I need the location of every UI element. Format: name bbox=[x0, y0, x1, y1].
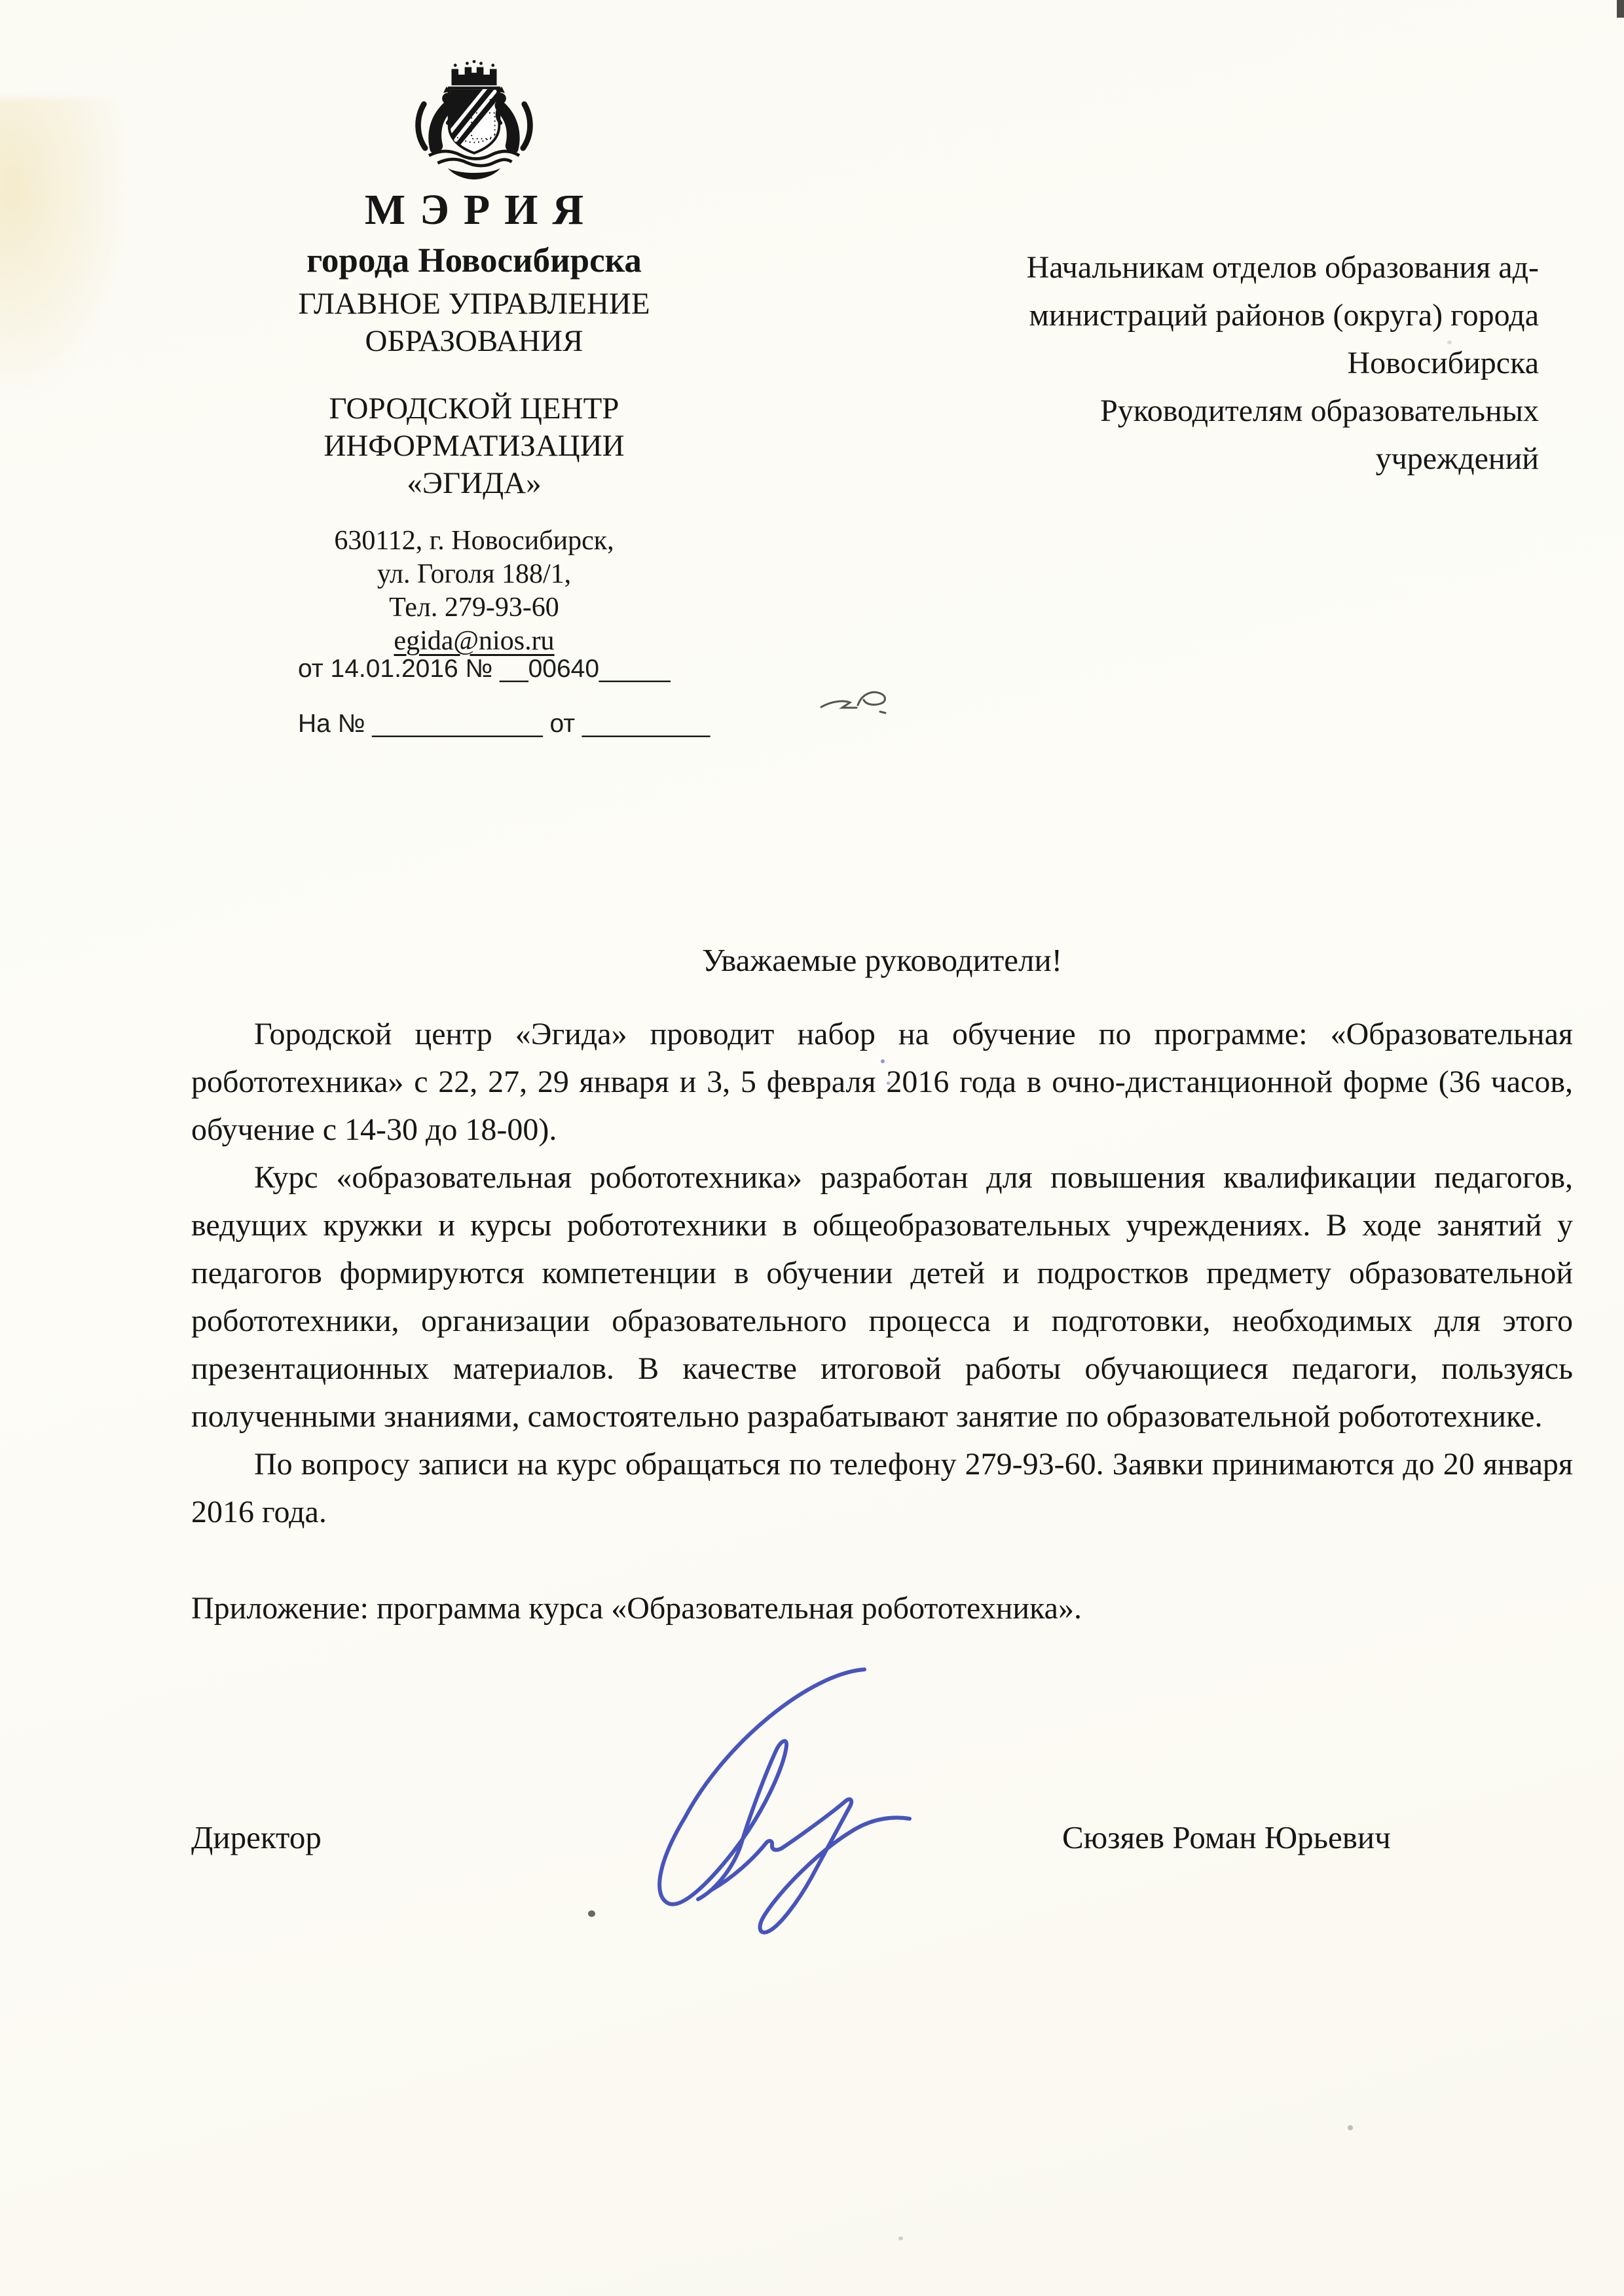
org-center-line3: «ЭГИДА» bbox=[254, 465, 694, 502]
scan-smudge-artifact bbox=[0, 98, 131, 399]
signer-name: Сюзяев Роман Юрьевич bbox=[1062, 1819, 1391, 1856]
scanned-letter-page: МЭРИЯ города Новосибирска ГЛАВНОЕ УПРАВЛ… bbox=[0, 0, 1624, 2296]
recipient-block: Начальникам отделов образования ад- мини… bbox=[884, 244, 1539, 483]
org-address: 630112, г. Новосибирск, ул. Гоголя 188/1… bbox=[254, 524, 694, 658]
recipient-line: Руководителям образовательных bbox=[884, 387, 1539, 435]
org-department-line2: ОБРАЗОВАНИЯ bbox=[254, 323, 694, 360]
signer-title: Директор bbox=[191, 1819, 322, 1856]
recipient-line: министраций районов (округа) города bbox=[884, 291, 1539, 339]
letterhead: МЭРИЯ города Новосибирска ГЛАВНОЕ УПРАВЛ… bbox=[254, 60, 694, 658]
org-center-line1: ГОРОДСКОЙ ЦЕНТР bbox=[254, 390, 694, 428]
paragraph-course-description: Курс «образовательная робототехника» раз… bbox=[191, 1154, 1573, 1440]
salutation: Уважаемые руководители! bbox=[191, 941, 1573, 979]
ink-speck bbox=[887, 1082, 890, 1085]
outgoing-ref-line: от 14.01.2016 № __00640_____ bbox=[298, 655, 671, 683]
attachment-note: Приложение: программа курса «Образовател… bbox=[191, 1584, 1573, 1632]
recipient-line: Новосибирска bbox=[884, 339, 1539, 387]
org-address-line2: ул. Гоголя 188/1, bbox=[254, 558, 694, 591]
org-name-meria: МЭРИЯ bbox=[254, 187, 694, 233]
paragraph-contact-info: По вопросу записи на курс обращаться по … bbox=[191, 1440, 1573, 1536]
org-department: ГЛАВНОЕ УПРАВЛЕНИЕ ОБРАЗОВАНИЯ bbox=[254, 285, 694, 360]
scan-corner-artifact bbox=[1617, 0, 1624, 18]
recipient-line: учреждений bbox=[884, 435, 1539, 483]
org-address-line3: Тел. 279-93-60 bbox=[254, 591, 694, 625]
org-center-name: ГОРОДСКОЙ ЦЕНТР ИНФОРМАТИЗАЦИИ «ЭГИДА» bbox=[254, 390, 694, 502]
ink-speck bbox=[881, 1059, 885, 1063]
scan-speck bbox=[1447, 340, 1452, 344]
letter-body: Городской центр «Эгида» проводит набор н… bbox=[191, 1010, 1573, 1632]
org-email: egida@nios.ru bbox=[254, 625, 694, 658]
org-name-city: города Новосибирска bbox=[254, 241, 694, 280]
org-department-line1: ГЛАВНОЕ УПРАВЛЕНИЕ bbox=[254, 285, 694, 323]
org-center-line2: ИНФОРМАТИЗАЦИИ bbox=[254, 428, 694, 465]
recipient-line: Начальникам отделов образования ад- bbox=[884, 244, 1539, 291]
scan-speck bbox=[1348, 2125, 1353, 2130]
paragraph-program-announcement: Городской центр «Эгида» проводит набор н… bbox=[191, 1010, 1573, 1154]
scan-speck bbox=[588, 1910, 595, 1917]
scan-speck bbox=[898, 2236, 903, 2240]
handwritten-signature bbox=[621, 1662, 917, 1964]
pencil-scribble-artifact bbox=[816, 682, 902, 719]
reply-ref-line: На № ____________ от _________ bbox=[298, 710, 710, 738]
org-address-line1: 630112, г. Новосибирск, bbox=[254, 524, 694, 558]
novosibirsk-coat-of-arms-icon bbox=[410, 60, 538, 181]
